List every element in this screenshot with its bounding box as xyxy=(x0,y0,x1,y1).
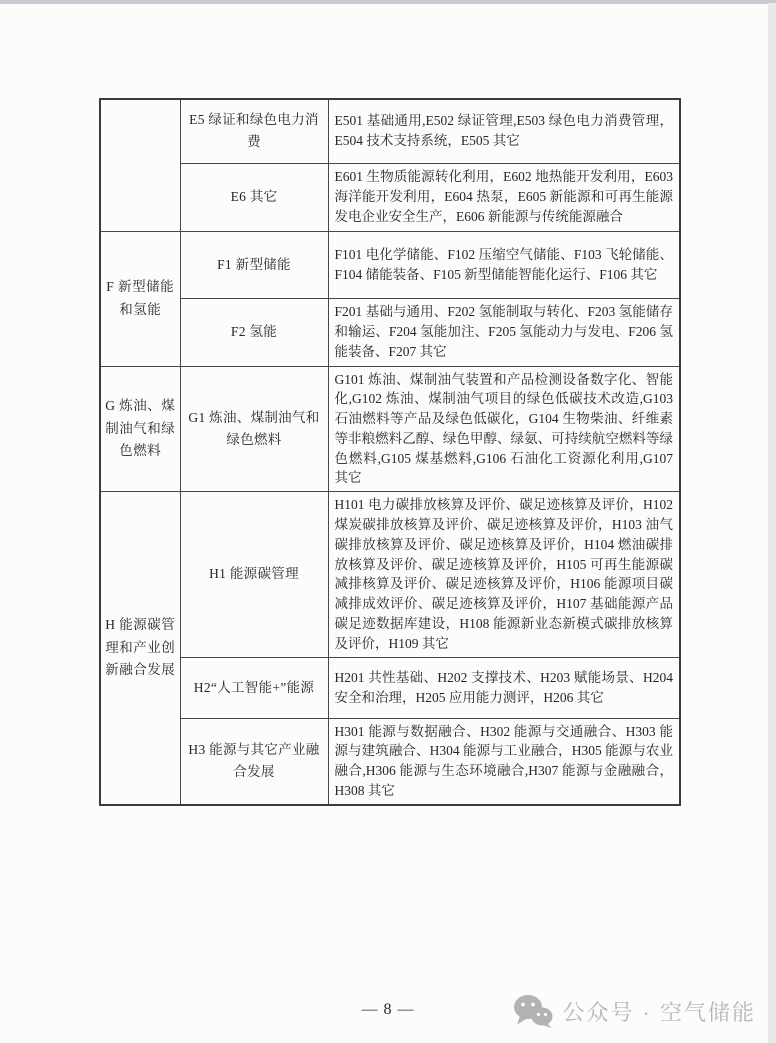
table-row: H 能源碳管理和产业创新融合发展 H1 能源碳管理 H101 电力碳排放核算及评… xyxy=(100,492,680,657)
detail-e6: E601 生物质能源转化利用，E602 地热能开发利用，E603 海洋能开发利用… xyxy=(328,163,680,231)
watermark: 公众号 · 空气储能 xyxy=(513,994,756,1028)
group-cell-g: G 炼油、煤制油气和绿色燃料 xyxy=(100,366,180,492)
scan-top-edge xyxy=(0,0,776,4)
table-row: H2“人工智能+”能源 H201 共性基础、H202 支撑技术、H203 赋能场… xyxy=(100,657,680,718)
subcategory-e5: E5 绿证和绿色电力消费 xyxy=(180,99,328,163)
subcategory-g1: G1 炼油、煤制油气和绿色燃料 xyxy=(180,366,328,492)
table-row: E5 绿证和绿色电力消费 E501 基础通用,E502 绿证管理,E503 绿色… xyxy=(100,99,680,163)
subcategory-e6: E6 其它 xyxy=(180,163,328,231)
category-table: E5 绿证和绿色电力消费 E501 基础通用,E502 绿证管理,E503 绿色… xyxy=(99,98,681,806)
subcategory-h2: H2“人工智能+”能源 xyxy=(180,657,328,718)
group-cell-h: H 能源碳管理和产业创新融合发展 xyxy=(100,492,180,805)
watermark-label: 公众号 · 空气储能 xyxy=(562,996,756,1027)
table-row: F2 氢能 F201 基础与通用、F202 氢能制取与转化、F203 氢能储存和… xyxy=(100,298,680,366)
subcategory-h1: H1 能源碳管理 xyxy=(180,492,328,657)
subcategory-f2: F2 氢能 xyxy=(180,298,328,366)
detail-h2: H201 共性基础、H202 支撑技术、H203 赋能场景、H204 安全和治理… xyxy=(328,657,680,718)
table-row: E6 其它 E601 生物质能源转化利用，E602 地热能开发利用，E603 海… xyxy=(100,163,680,231)
detail-h1: H101 电力碳排放核算及评价、碳足迹核算及评价，H102 煤炭碳排放核算及评价… xyxy=(328,492,680,657)
subcategory-h3: H3 能源与其它产业融合发展 xyxy=(180,718,328,805)
table-row: F 新型储能和氢能 F1 新型储能 F101 电化学储能、F102 压缩空气储能… xyxy=(100,231,680,298)
subcategory-f1: F1 新型储能 xyxy=(180,231,328,298)
detail-e5: E501 基础通用,E502 绿证管理,E503 绿色电力消费管理，E504 技… xyxy=(328,99,680,163)
detail-h3: H301 能源与数据融合、H302 能源与交通融合、H303 能源与建筑融合、H… xyxy=(328,718,680,805)
detail-f1: F101 电化学储能、F102 压缩空气储能、F103 飞轮储能、F104 储能… xyxy=(328,231,680,298)
table-row: H3 能源与其它产业融合发展 H301 能源与数据融合、H302 能源与交通融合… xyxy=(100,718,680,805)
detail-g1: G101 炼油、煤制油气装置和产品检测设备数字化、智能化,G102 炼油、煤制油… xyxy=(328,366,680,492)
detail-f2: F201 基础与通用、F202 氢能制取与转化、F203 氢能储存和输运、F20… xyxy=(328,298,680,366)
group-cell-e xyxy=(100,99,180,231)
wechat-icon xyxy=(513,994,553,1028)
table-row: G 炼油、煤制油气和绿色燃料 G1 炼油、煤制油气和绿色燃料 G101 炼油、煤… xyxy=(100,366,680,492)
group-cell-f: F 新型储能和氢能 xyxy=(100,231,180,366)
scan-right-edge xyxy=(768,3,776,1043)
